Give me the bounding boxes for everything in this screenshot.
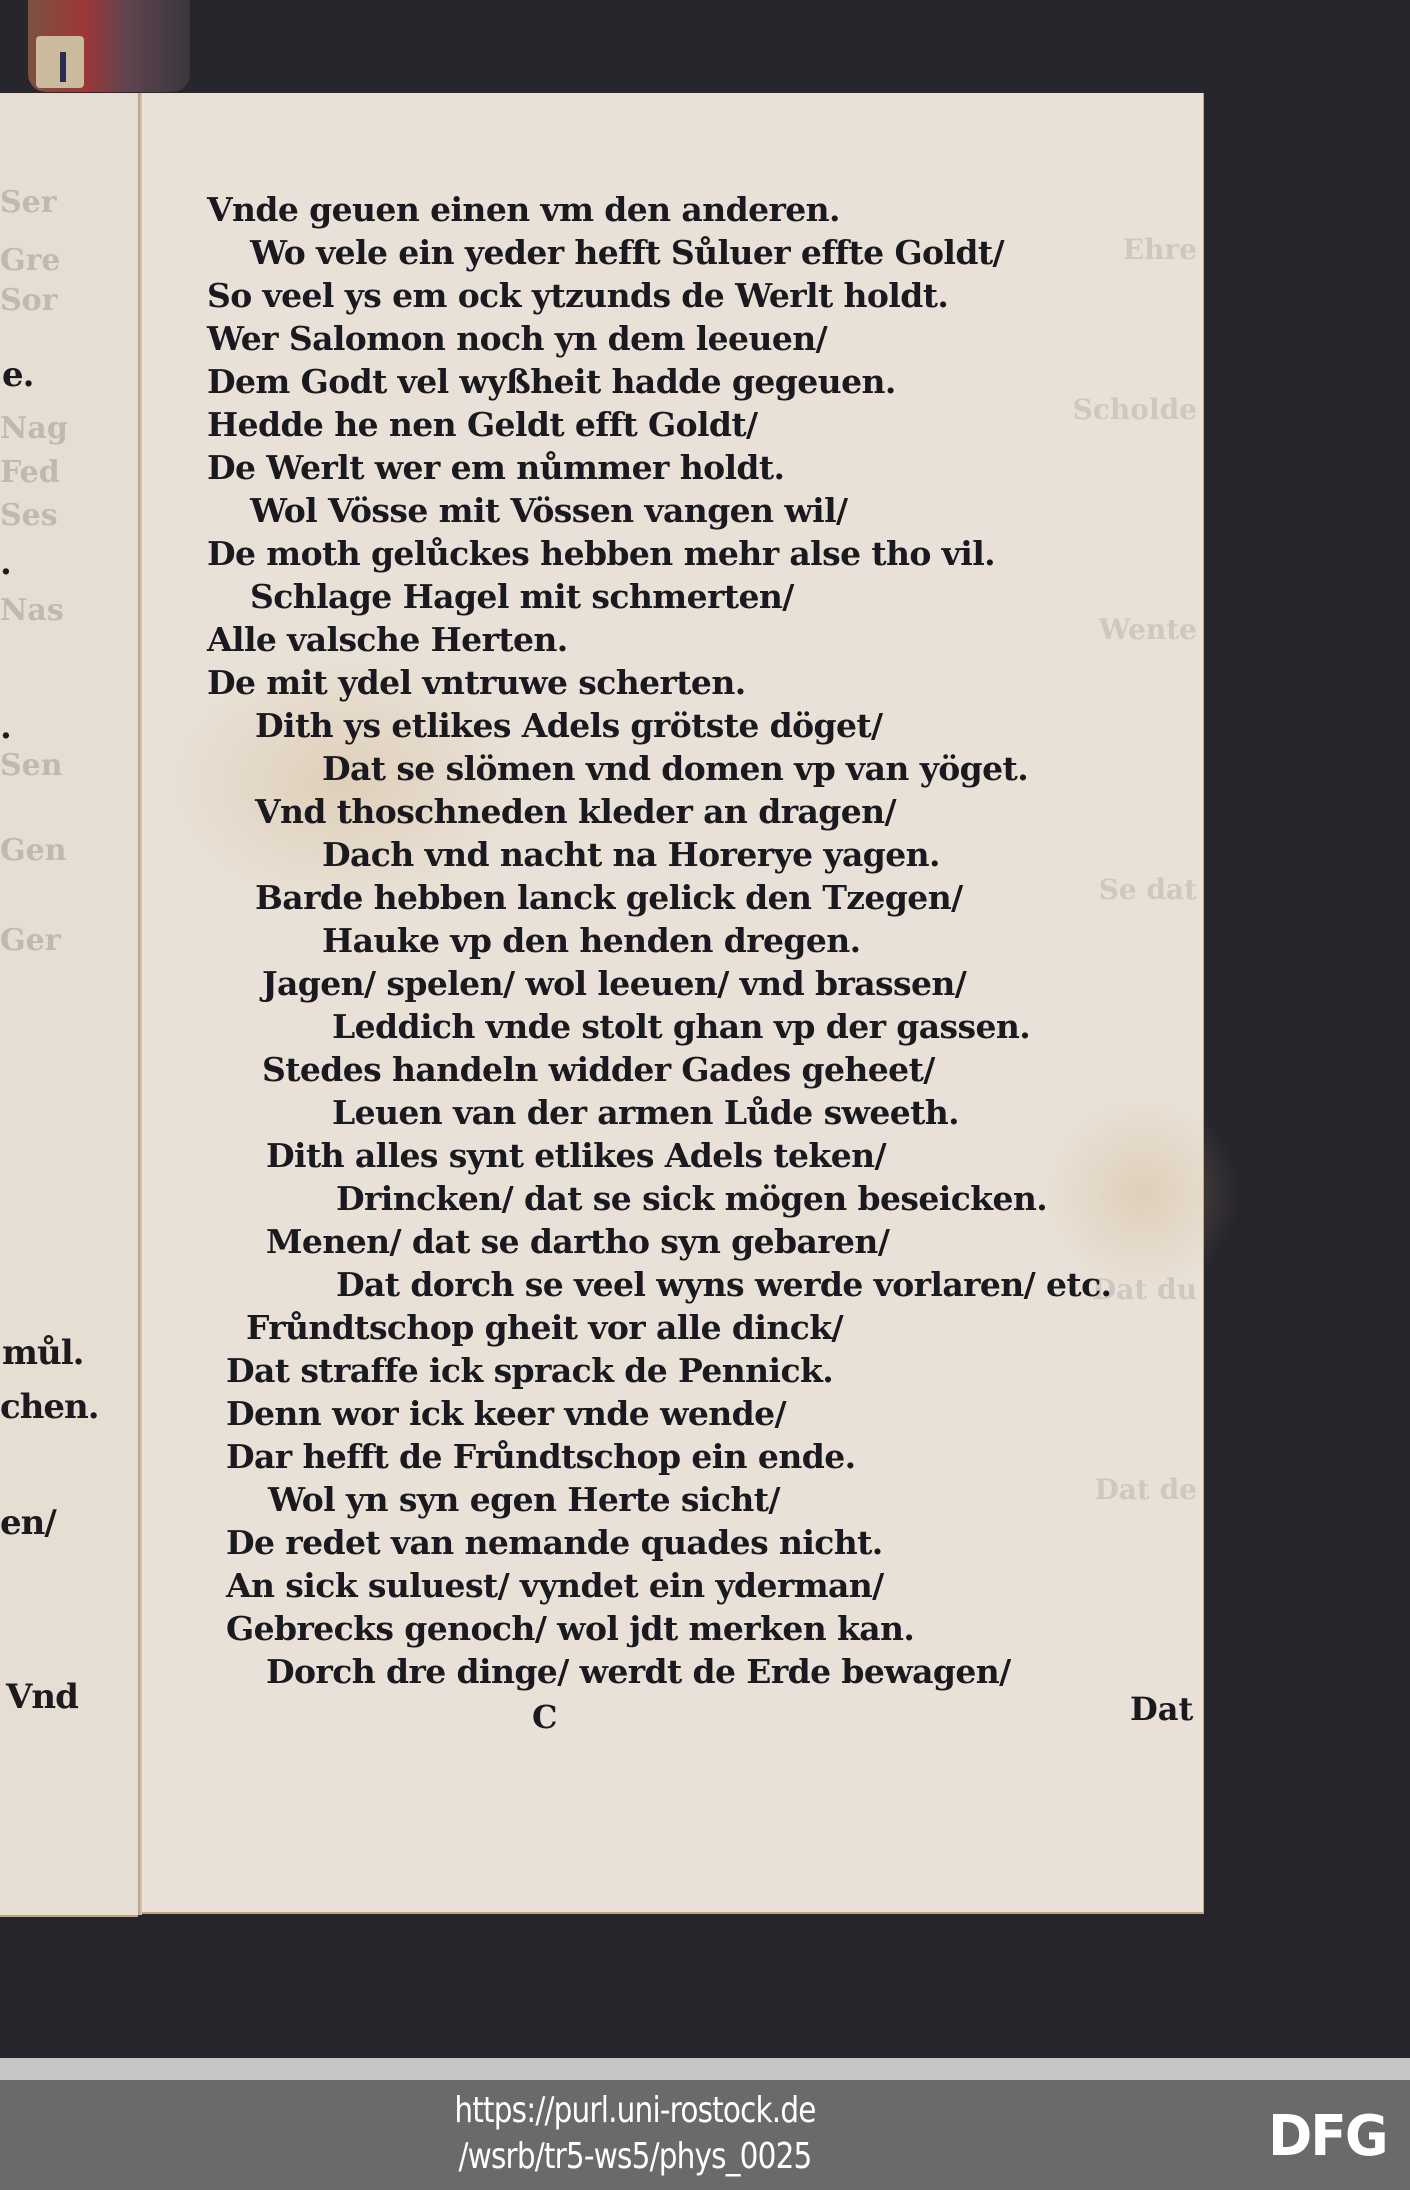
- text-line: Dat dorch se veel wyns werde vorlaren/ e…: [336, 1265, 1111, 1305]
- water-stain: [1042, 1093, 1242, 1293]
- text-line: Hedde he nen Geldt efft Goldt/: [207, 405, 758, 445]
- text-line: Dorch dre dinge/ werdt de Erde bewagen/: [266, 1652, 1011, 1692]
- text-line: De redet van nemande quades nicht.: [226, 1523, 883, 1563]
- text-line: Menen/ dat se dartho syn gebaren/: [266, 1222, 889, 1262]
- signature-mark: C: [532, 1698, 557, 1736]
- text-line: Drincken/ dat se sick mögen beseicken.: [336, 1179, 1047, 1219]
- bleed-through: Scholde: [1047, 393, 1197, 426]
- left-page-fragment: e.: [2, 355, 33, 395]
- text-line: Wo vele ein yeder hefft Sůluer effte Gol…: [250, 233, 1004, 273]
- footer-bar: https://purl.uni-rostock.de /wsrb/tr5-ws…: [0, 2080, 1410, 2190]
- text-line: So veel ys em ock ytzunds de Werlt holdt…: [207, 276, 948, 316]
- scan-background-top: [0, 0, 1410, 93]
- text-line: Barde hebben lanck gelick den Tzegen/: [255, 878, 963, 918]
- text-line: Schlage Hagel mit schmerten/: [250, 577, 794, 617]
- bleed-through: Se dat: [1047, 873, 1197, 906]
- text-line: Dat se slömen vnd domen vp van yöget.: [322, 749, 1028, 789]
- show-through-text: Ser: [0, 185, 95, 220]
- show-through-text: Ses: [0, 498, 95, 533]
- bleed-through: Wente: [1047, 613, 1197, 646]
- show-through-text: Nas: [0, 593, 95, 628]
- catchword: Dat: [1130, 1690, 1193, 1728]
- dfg-logo: DFG: [1268, 2104, 1386, 2169]
- show-through-text: Gen: [0, 833, 95, 868]
- left-page: Ser Gre Sor Nag Fed Ses Nas Sen Gen Ger …: [0, 93, 138, 1917]
- bleed-through: Dat de: [1047, 1473, 1197, 1506]
- text-line: De mit ydel vntruwe scherten.: [207, 663, 746, 703]
- permalink-line-1[interactable]: https://purl.uni-rostock.de: [114, 2090, 1155, 2131]
- text-line: Hauke vp den henden dregen.: [322, 921, 861, 961]
- book-binding-fragment: [28, 0, 190, 92]
- permalink-line-2[interactable]: /wsrb/tr5-ws5/phys_0025: [114, 2136, 1155, 2177]
- show-through-text: Sen: [0, 748, 95, 783]
- text-line: Dach vnd nacht na Horerye yagen.: [322, 835, 940, 875]
- left-page-catchword: Vnd: [6, 1677, 78, 1717]
- bleed-through: Ehre: [1047, 233, 1197, 266]
- text-line: Dem Godt vel wyßheit hadde gegeuen.: [207, 362, 896, 402]
- text-line: Denn wor ick keer vnde wende/: [226, 1394, 786, 1434]
- text-line: Leuen van der armen Lůde sweeth.: [332, 1093, 959, 1133]
- text-line: Vnd thoschneden kleder an dragen/: [255, 792, 896, 832]
- left-page-fragment: .: [0, 707, 11, 747]
- show-through-text: Gre: [0, 243, 95, 278]
- text-line: De moth gelůckes hebben mehr alse tho vi…: [207, 534, 995, 574]
- footer-divider: [0, 2058, 1410, 2080]
- text-line: Dith alles synt etlikes Adels teken/: [266, 1136, 886, 1176]
- text-line: Wer Salomon noch yn dem leeuen/: [207, 319, 827, 359]
- left-page-fragment: .: [0, 543, 11, 583]
- bookmark-tab: [36, 36, 84, 88]
- text-line: Stedes handeln widder Gades geheet/: [262, 1050, 935, 1090]
- text-line: An sick suluest/ vyndet ein yderman/: [226, 1566, 884, 1606]
- show-through-text: Sor: [0, 283, 95, 318]
- text-line: Vnde geuen einen vm den anderen.: [207, 190, 840, 230]
- text-line: Wol yn syn egen Herte sicht/: [268, 1480, 780, 1520]
- text-line: Wol Vösse mit Vössen vangen wil/: [250, 491, 847, 531]
- text-line: Jagen/ spelen/ wol leeuen/ vnd brassen/: [262, 964, 966, 1004]
- text-line: De Werlt wer em nůmmer holdt.: [207, 448, 784, 488]
- text-line: Dar hefft de Frůndtschop ein ende.: [226, 1437, 855, 1477]
- show-through-text: Fed: [0, 455, 95, 490]
- left-page-fragment: chen.: [0, 1387, 99, 1427]
- text-line: Gebrecks genoch/ wol jdt merken kan.: [226, 1609, 914, 1649]
- show-through-text: Ger: [0, 923, 95, 958]
- text-line: Dith ys etlikes Adels grötste döget/: [255, 706, 883, 746]
- show-through-text: Nag: [0, 411, 95, 446]
- text-line: Leddich vnde stolt ghan vp der gassen.: [332, 1007, 1030, 1047]
- left-page-fragment: můl.: [2, 1333, 83, 1373]
- left-page-fragment: en/: [0, 1503, 56, 1543]
- text-line: Frůndtschop gheit vor alle dinck/: [246, 1308, 843, 1348]
- text-line: Dat straffe ick sprack de Pennick.: [226, 1351, 833, 1391]
- text-line: Alle valsche Herten.: [207, 620, 568, 660]
